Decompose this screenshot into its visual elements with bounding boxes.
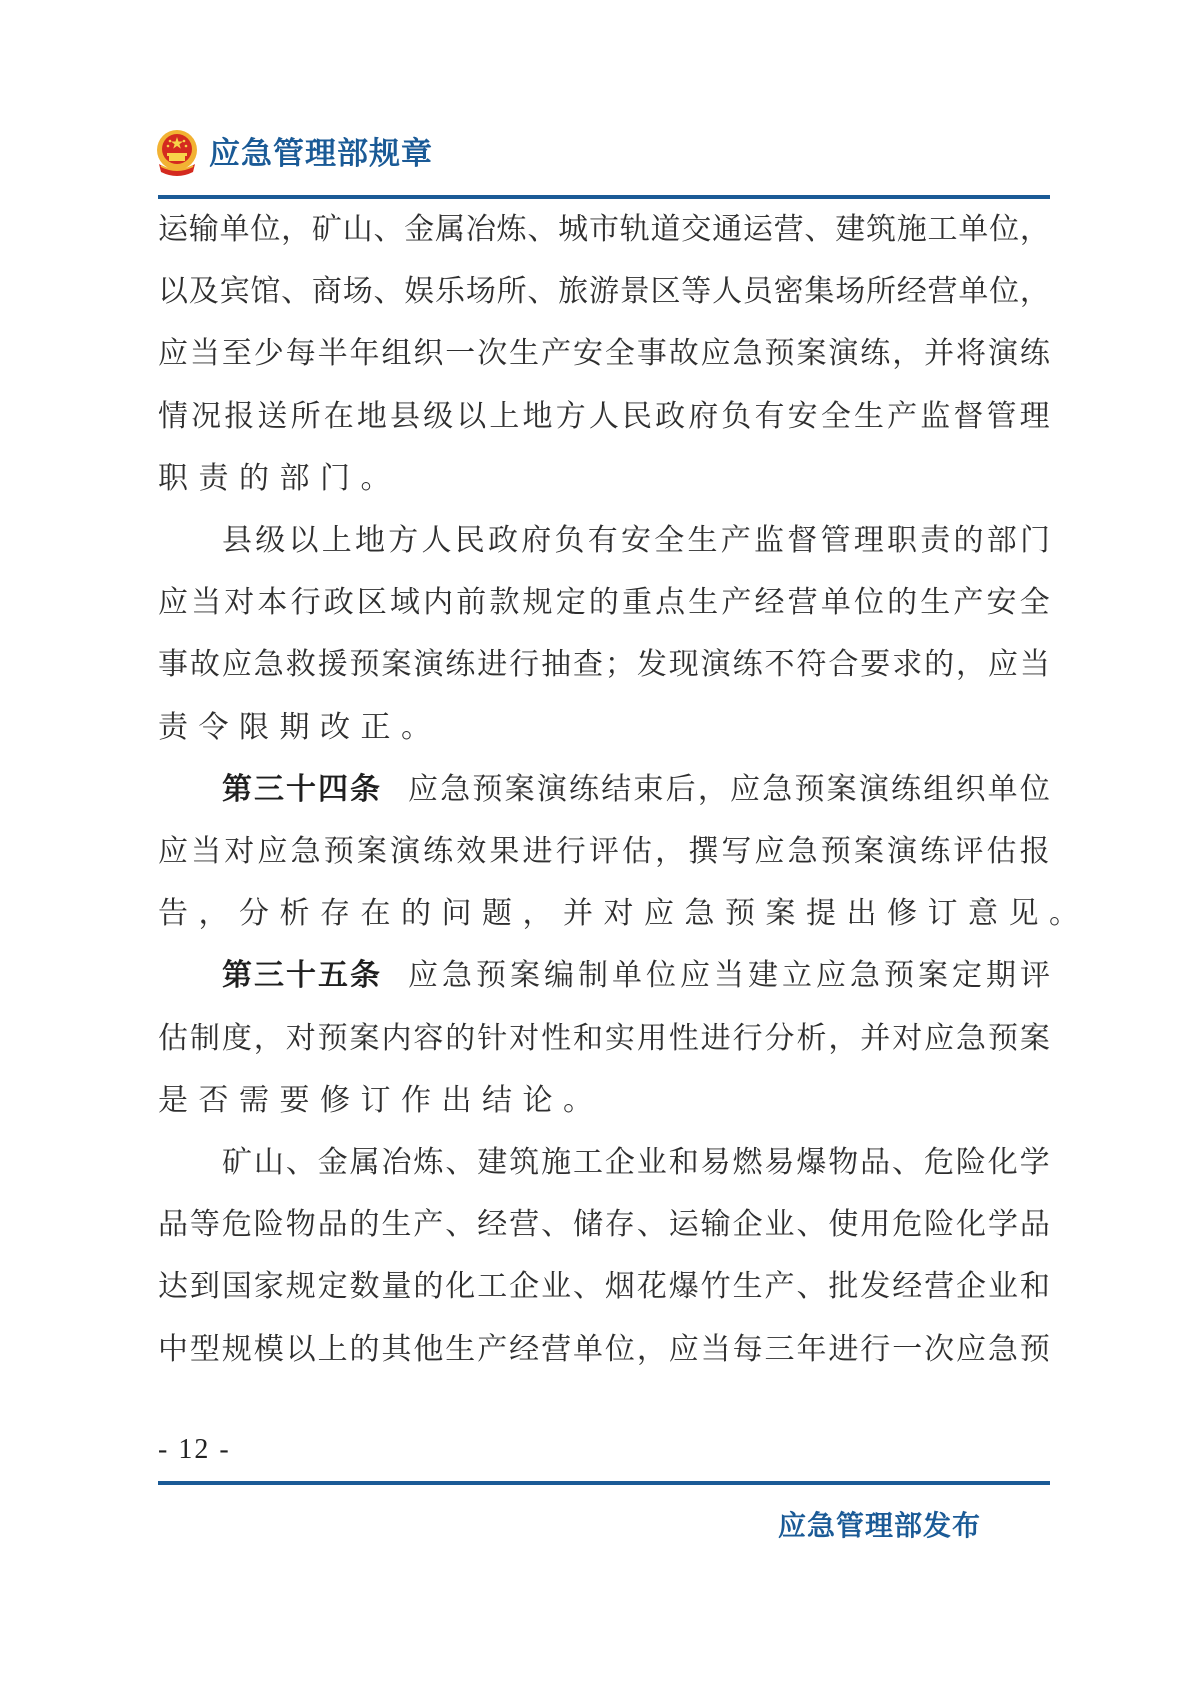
article-number: 第三十五条 [222,954,382,998]
text-line: 情况报送所在地县级以上地方人民政府负有安全生产监督管理 [158,395,1050,439]
text-line: 责令限期改正。 [158,706,1050,750]
article-line: 第三十四条应急预案演练结束后，应急预案演练组织单位 [222,768,1050,812]
header-divider [158,195,1050,199]
text-line: 中型规模以上的其他生产经营单位，应当每三年进行一次应急预 [158,1328,1050,1372]
publisher-label: 应急管理部发布 [778,1506,981,1546]
article-line: 第三十五条应急预案编制单位应当建立应急预案定期评 [222,954,1050,998]
text-line: 应当对应急预案演练效果进行评估，撰写应急预案演练评估报 [158,830,1050,874]
text-line: 达到国家规定数量的化工企业、烟花爆竹生产、批发经营企业和 [158,1265,1050,1309]
text-line: 品等危险物品的生产、经营、储存、运输企业、使用危险化学品 [158,1203,1050,1247]
article-text: 应急预案编制单位应当建立应急预案定期评 [408,954,1050,998]
page-number: - 12 - [158,1430,231,1470]
text-line: 矿山、金属冶炼、建筑施工企业和易燃易爆物品、危险化学 [222,1141,1050,1185]
text-line: 是否需要修订作出结论。 [158,1079,1050,1123]
document-header: 应急管理部规章 [155,126,433,182]
text-line: 告，分析存在的问题，并对应急预案提出修订意见。 [158,892,1050,936]
footer-divider [158,1481,1050,1485]
text-line: 事故应急救援预案演练进行抽查；发现演练不符合要求的，应当 [158,643,1050,687]
article-text: 应急预案演练结束后，应急预案演练组织单位 [408,768,1050,812]
text-line: 县级以上地方人民政府负有安全生产监督管理职责的部门 [222,519,1050,563]
text-line: 估制度，对预案内容的针对性和实用性进行分析，并对应急预案 [158,1017,1050,1061]
document-page: 应急管理部规章 运输单位，矿山、金属冶炼、城市轨道交通运营、建筑施工单位，以及宾… [0,0,1190,1683]
national-emblem-icon [155,128,199,180]
text-line: 以及宾馆、商场、娱乐场所、旅游景区等人员密集场所经营单位， [158,270,1050,314]
header-title: 应急管理部规章 [209,139,433,170]
text-line: 职责的部门。 [158,457,1050,501]
article-number: 第三十四条 [222,768,382,812]
text-line: 应当对本行政区域内前款规定的重点生产经营单位的生产安全 [158,581,1050,625]
text-line: 应当至少每半年组织一次生产安全事故应急预案演练，并将演练 [158,332,1050,376]
text-line: 运输单位，矿山、金属冶炼、城市轨道交通运营、建筑施工单位， [158,208,1050,252]
